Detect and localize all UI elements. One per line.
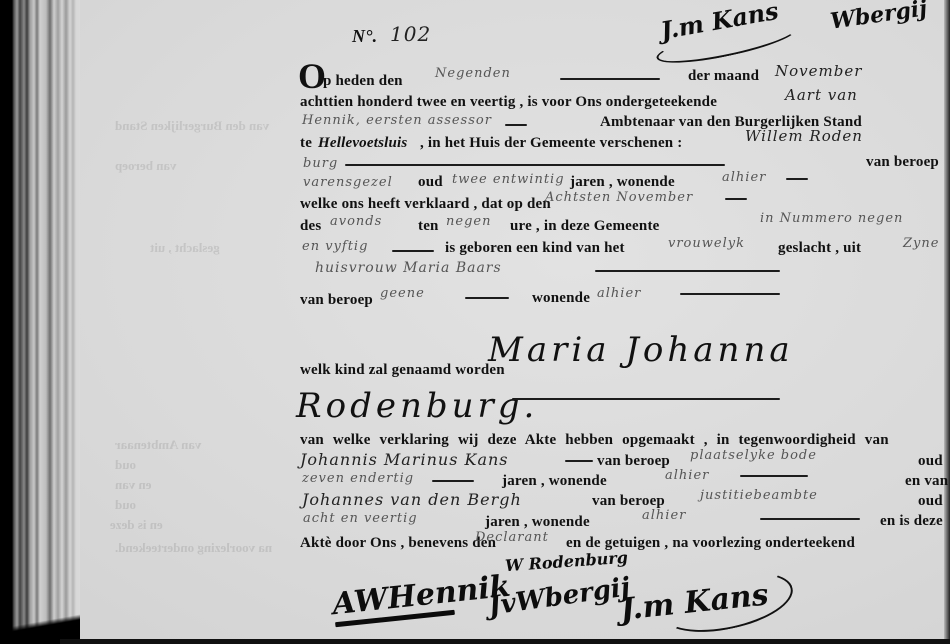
handwritten-witness-1-occupation: plaatselyke bode <box>690 448 817 463</box>
printed-text: van welke verklaring wij deze Akte hebbe… <box>300 432 889 449</box>
printed-text: welke ons heeft verklaard , dat op den <box>300 196 551 213</box>
fill-line <box>465 297 509 299</box>
fill-line <box>432 480 474 482</box>
child-surname: Rodenburg. <box>296 386 538 426</box>
signature-declarant: W Rodenburg <box>504 548 628 576</box>
handwritten-sex: vrouwelyk <box>668 236 745 251</box>
fill-line <box>512 398 780 400</box>
act-number-label: N°. <box>352 26 377 47</box>
printed-text: jaren , wonende <box>570 174 675 191</box>
fill-line <box>392 250 434 252</box>
fill-line <box>760 518 860 520</box>
ghost-text: oud <box>115 497 136 513</box>
printed-text: der maand <box>688 68 759 85</box>
handwritten-official-title: Hennik, eersten assessor <box>302 113 492 128</box>
handwritten-day: Negenden <box>435 66 511 81</box>
ghost-text: geslacht , uit <box>150 240 220 256</box>
fill-line <box>786 178 808 180</box>
printed-text: en is deze <box>880 513 943 530</box>
ghost-text: van Ambtenaar <box>115 437 201 453</box>
page-right-edge <box>944 0 950 644</box>
handwritten-mother-residence: alhier <box>597 286 641 301</box>
printed-text: te <box>300 135 312 152</box>
handwritten-witness-2-age: acht en veertig <box>303 511 418 526</box>
printed-text: van beroep <box>866 154 939 171</box>
printed-text: oud <box>418 174 443 191</box>
handwritten-age: twee entwintig <box>452 172 565 187</box>
printed-text: achttien honderd twee en veertig , is vo… <box>300 94 717 111</box>
handwritten-declarant-name: Willem Roden <box>745 127 863 145</box>
handwritten-mother-occupation: geene <box>380 286 425 301</box>
printed-text: jaren , wonende <box>502 473 607 490</box>
handwritten-house-number: in Nummero negen <box>760 211 903 226</box>
document-page: van den Burgerlijken Stand van beroep ge… <box>0 0 950 644</box>
fill-line <box>725 198 747 200</box>
fill-line <box>505 124 527 126</box>
handwritten-birth-date: Achtsten November <box>545 190 693 205</box>
handwritten-mother-name: huisvrouw Maria Baars <box>315 260 502 276</box>
child-given-names: Maria Johanna <box>488 330 794 370</box>
page-bottom-shadow <box>60 639 950 644</box>
ghost-text: en van <box>115 477 151 493</box>
printed-text: is geboren een kind van het <box>445 240 625 257</box>
printed-text: geslacht , uit <box>778 240 861 257</box>
printed-text: Aktè door Ons , benevens den <box>300 535 496 552</box>
handwritten-witness-2-occupation: justitiebeambte <box>700 488 818 503</box>
printed-text: ten <box>418 218 439 235</box>
handwritten-witness-1-residence: alhier <box>665 468 709 483</box>
printed-text: van beroep <box>300 292 373 309</box>
printed-text: des <box>300 218 321 235</box>
handwritten-month: November <box>775 62 862 80</box>
handwritten-occupation: varensgezel <box>303 175 393 190</box>
fill-line <box>680 293 780 295</box>
fill-line <box>560 78 660 80</box>
place-name: Hellevoetsluis <box>318 135 407 152</box>
handwritten-declarant-name-cont: burg <box>303 156 338 171</box>
printed-text: welk kind zal genaamd worden <box>300 362 505 379</box>
handwritten-witness-2-residence: alhier <box>642 508 686 523</box>
stacked-page-edges <box>0 0 80 644</box>
fill-line <box>595 270 780 272</box>
ghost-text: van den Burgerlijken Stand <box>115 118 269 134</box>
printed-text: wonende <box>532 290 590 307</box>
handwritten-possessive: Zyne <box>903 236 939 251</box>
printed-text: , in het Huis der Gemeente verschenen : <box>420 135 683 152</box>
signature-flourish <box>656 562 798 643</box>
ghost-text: oud <box>115 457 136 473</box>
ghost-text: na voorlezing onderteekend. <box>115 540 272 556</box>
handwritten-hour: negen <box>446 214 491 229</box>
handwritten-residence: alhier <box>722 170 766 185</box>
printed-text: en van <box>905 473 948 490</box>
drop-cap: O <box>298 58 326 94</box>
printed-text: oud <box>918 493 943 510</box>
handwritten-official-first-name: Aart van <box>785 86 858 104</box>
act-number: 102 <box>390 22 431 46</box>
ghost-text: van beroep <box>115 158 177 174</box>
printed-text: p heden den <box>323 73 403 90</box>
handwritten-witness-2-name: Johannes van den Bergh <box>302 490 522 509</box>
handwritten-house-number-cont: en vyftig <box>302 239 368 254</box>
printed-text: jaren , wonende <box>485 514 590 531</box>
fill-line <box>565 460 593 462</box>
printed-text: ure , in deze Gemeente <box>510 218 660 235</box>
handwritten-witness-1-age: zeven endertig <box>302 471 414 486</box>
header-signature-bergij: Wbergij <box>829 0 929 35</box>
fill-line <box>345 164 725 166</box>
handwritten-witness-1-name: Johannis Marinus Kans <box>300 450 509 469</box>
handwritten-time-of-day: avonds <box>330 214 382 229</box>
ghost-text: en is deze <box>110 517 163 533</box>
printed-text: van beroep <box>597 453 670 470</box>
fill-line <box>740 475 808 477</box>
printed-text: oud <box>918 453 943 470</box>
handwritten-declarant-role: Declarant <box>475 530 549 545</box>
